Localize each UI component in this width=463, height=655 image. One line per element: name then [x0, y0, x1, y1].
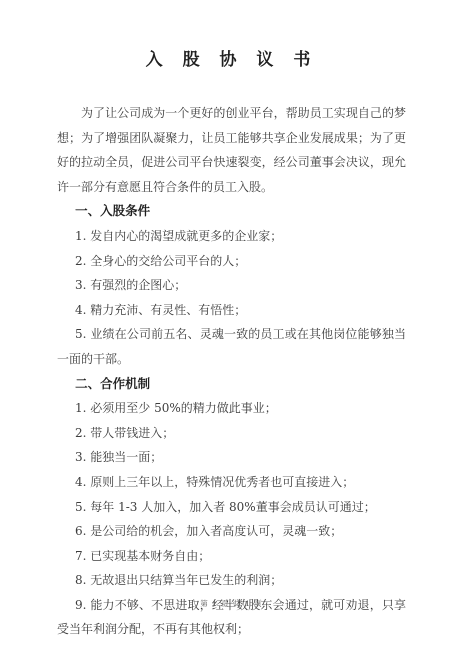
list-item: 6. 是公司给的机会，加入者高度认可，灵魂一致；: [57, 519, 406, 544]
list-item: 2. 带人带钱进入；: [57, 421, 406, 446]
section-heading-cooperation-mechanism: 二、合作机制: [57, 372, 406, 397]
list-item: 2. 全身心的交给公司平台的人；: [57, 249, 406, 274]
list-item: 1. 必须用至少 50%的精力做此事业；: [57, 396, 406, 421]
list-item: 5. 每年 1-3 人加入，加入者 80%董事会成员认可通过；: [57, 495, 406, 520]
document-page: 入 股 协 议 书 为了让公司成为一个更好的创业平台，帮助员工实现自己的梦想；为…: [0, 0, 463, 655]
list-item: 3. 有强烈的企图心；: [57, 273, 406, 298]
list-item: 1. 发自内心的渴望成就更多的企业家；: [57, 224, 406, 249]
document-body: 为了让公司成为一个更好的创业平台，帮助员工实现自己的梦想；为了增强团队凝聚力，让…: [57, 73, 406, 642]
list-item: 5. 业绩在公司前五名、灵魂一致的员工或在其他岗位能够独当一面的干部。: [57, 322, 406, 371]
list-item: 3. 能独当一面；: [57, 445, 406, 470]
list-item: 7. 已实现基本财务自由；: [57, 544, 406, 569]
list-item: 4. 原则上三年以上，特殊情况优秀者也可直接进入；: [57, 470, 406, 495]
list-item: 4. 精力充沛、有灵性、有悟性；: [57, 298, 406, 323]
document-title: 入 股 协 议 书: [0, 0, 463, 73]
section-heading-entry-conditions: 一、入股条件: [57, 199, 406, 224]
page-number-footer: 第 1 页 共 1 页: [0, 598, 463, 609]
list-item: 8. 无故退出只结算当年已发生的利润；: [57, 568, 406, 593]
intro-paragraph: 为了让公司成为一个更好的创业平台，帮助员工实现自己的梦想；为了增强团队凝聚力，让…: [57, 101, 406, 199]
